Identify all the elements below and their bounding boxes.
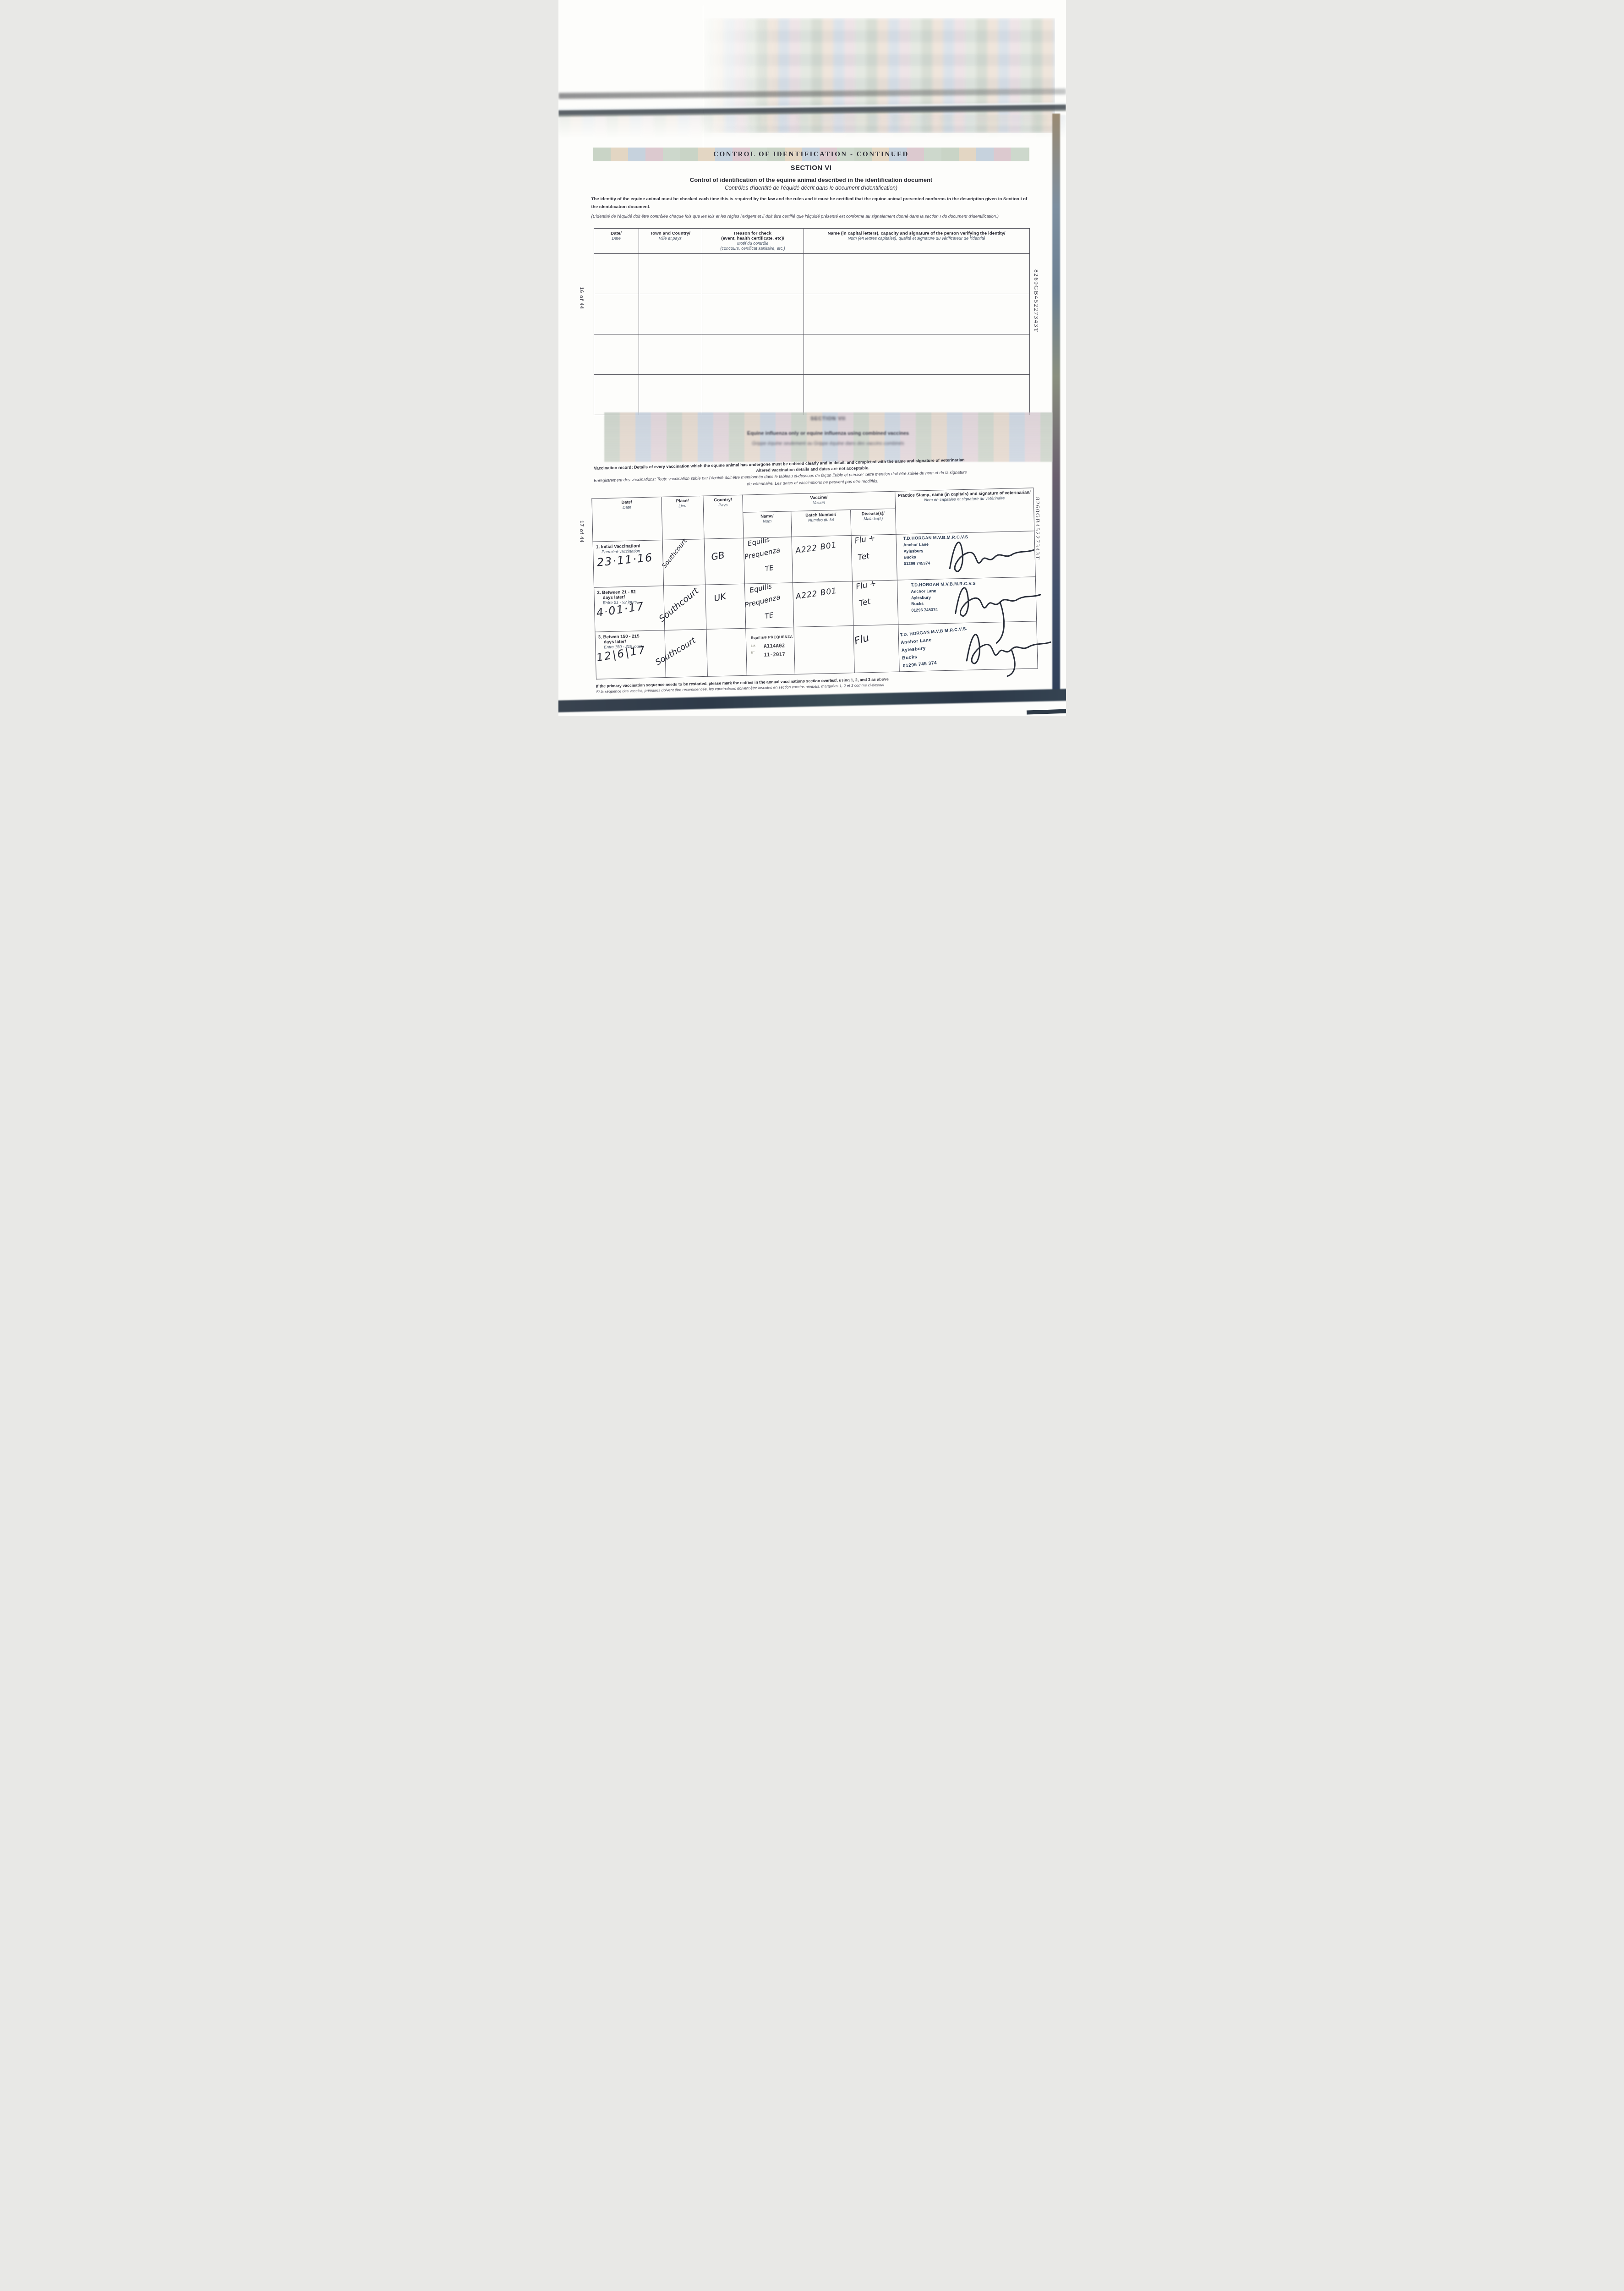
vaccination-table-wrap: Date/ Date Place/ Lieu Country/ Pays Vac… (591, 488, 1037, 679)
table-row (594, 294, 1029, 334)
col-reason-en1: Reason for check (734, 231, 771, 236)
col-header-practice-stamp: Practice Stamp, name (in capitals) and s… (895, 488, 1034, 534)
section7-subtitle-en: Equine influenza only or equine influenz… (604, 431, 1052, 436)
scan-color-artifact (558, 115, 1066, 138)
section-title-fr: Contrôles d'identité de l'équidé décrit … (593, 185, 1029, 191)
identification-check-table: Date/ Date Town and Country/ Ville et pa… (594, 228, 1030, 415)
row3-label: 3. Betwen 150 - 215 days later/ Entre 15… (595, 630, 665, 680)
hdr-country-fr: Pays (718, 503, 727, 507)
table-row (594, 254, 1029, 294)
col-date-fr: Date (612, 236, 621, 241)
col-town-en: Town and Country/ (650, 231, 690, 236)
col-date-en: Date/ (611, 231, 622, 236)
hdr-vaccine-en: Vaccine/ (810, 495, 827, 500)
col-header-date: Date/ Date (594, 229, 639, 254)
col-header-date: Date/ Date (591, 497, 662, 542)
hdr-date-fr: Date (622, 505, 631, 510)
hdr-date-en: Date/ (621, 500, 632, 505)
col-name-en: Name (in capital letters), capacity and … (827, 231, 1005, 236)
section7-subtitle-fr: Grippe équine seulement ou Grippe équine… (604, 441, 1052, 446)
col-header-disease: Disease(s)/ Maladie(s) (850, 509, 896, 535)
page-number-bottom: 17 of 44 (579, 521, 584, 543)
col-header-batch: Batch Number/ Numéro du lot (791, 510, 851, 537)
table-row (594, 375, 1029, 415)
section-banner: CONTROL OF IDENTIFICATION - CONTINUED (593, 148, 1029, 161)
col-reason-fr2: (concours, certificat sanitaire, etc.) (720, 246, 785, 251)
col-town-fr: Ville et pays (659, 236, 682, 241)
section-number-heading: SECTION VI (593, 164, 1029, 172)
intro-text-en: The identity of the equine animal must b… (591, 196, 1034, 211)
hdr-vaccine-fr: Vaccin (813, 500, 825, 505)
row2-label-fr: Entre 21 - 92 jours (597, 599, 662, 605)
col-header-place: Place/ Lieu (661, 496, 704, 540)
hdr-batch-fr: Numéro du lot (808, 517, 834, 522)
hdr-country-en: Country/ (714, 497, 732, 503)
row1-label-fr: Première vaccination (596, 548, 661, 554)
page-number-top: 16 of 44 (579, 287, 584, 309)
row1-label: 1. Initial Vaccination/ Première vaccina… (593, 540, 663, 588)
vaccination-table: Date/ Date Place/ Lieu Country/ Pays Vac… (591, 488, 1038, 679)
col-reason-fr1: Motif du contrôle (737, 241, 769, 246)
section-intro: The identity of the equine animal must b… (591, 196, 1034, 220)
col-header-vaccine-name: Name/ Nom (743, 511, 791, 538)
col-header-town-country: Town and Country/ Ville et pays (639, 229, 702, 254)
row3-label-fr: Entre 150 - 215 jours (598, 643, 663, 649)
section7-heading: SECTION VII (604, 416, 1052, 422)
document-serial-number: 8260GB45227343T (1033, 269, 1040, 333)
intro-text-fr: (L'identité de l'équidé doit être contrô… (591, 213, 1034, 220)
hdr-place-fr: Lieu (678, 504, 686, 508)
col-header-country: Country/ Pays (703, 495, 743, 539)
section-title-en: Control of identification of the equine … (593, 176, 1029, 183)
col-name-fr: Nom (en lettres capitales), qualité et s… (848, 236, 985, 241)
scan-dark-corner (1026, 709, 1066, 714)
scanned-passport-page: CONTROL OF IDENTIFICATION - CONTINUED SE… (558, 0, 1066, 716)
banner-title: CONTROL OF IDENTIFICATION - CONTINUED (713, 151, 909, 159)
col-header-reason: Reason for check (event, health certific… (702, 229, 804, 254)
row2-label: 2. Between 21 - 92 days later/ Entre 21 … (594, 586, 664, 632)
hdr-place-en: Place/ (676, 499, 689, 504)
hdr-name-en: Name/ (760, 514, 774, 519)
table-row (594, 334, 1029, 375)
scan-line-artifact (703, 5, 703, 152)
col-header-verifier: Name (in capital letters), capacity and … (804, 229, 1029, 254)
hdr-name-fr: Nom (763, 519, 771, 523)
hdr-disease-fr: Maladie(s) (863, 516, 882, 521)
col-reason-en2: (event, health certificate, etc)/ (721, 236, 784, 241)
page-edge-strip (1052, 114, 1060, 697)
